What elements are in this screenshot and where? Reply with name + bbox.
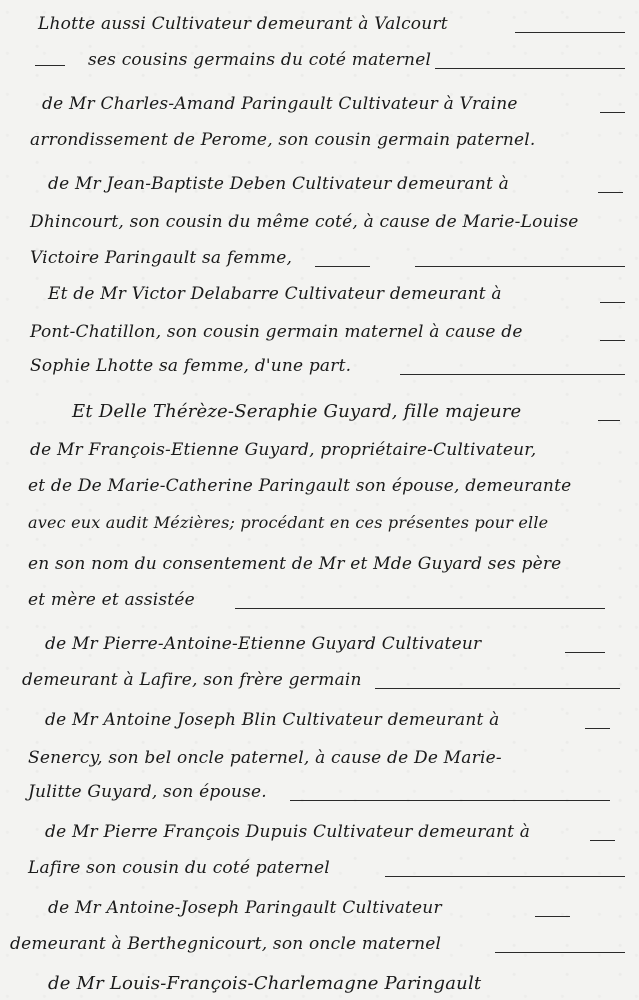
line-text: et mère et assistée: [28, 590, 195, 610]
line-text: de Mr Charles-Amand Paringault Cultivate…: [42, 94, 518, 114]
manuscript-line: de Mr Antoine Joseph Blin Cultivateur de…: [0, 698, 639, 738]
manuscript-line: Et de Mr Victor Delabarre Cultivateur de…: [0, 272, 639, 312]
manuscript-line: en son nom du consentement de Mr et Mde …: [0, 542, 639, 582]
line-text: avec eux audit Mézières; procédant en ce…: [28, 513, 548, 532]
manuscript-line: Et Delle Thérèze-Seraphie Guyard, fille …: [0, 390, 639, 430]
line-text: demeurant à Berthegnicourt, son oncle ma…: [10, 934, 441, 954]
line-text: Dhincourt, son cousin du même coté, à ca…: [30, 212, 579, 232]
filler-rule: [415, 266, 625, 267]
manuscript-line: de Mr Jean-Baptiste Deben Cultivateur de…: [0, 162, 639, 202]
line-text: Lafire son cousin du coté paternel: [28, 858, 330, 878]
filler-rule: [565, 652, 605, 653]
manuscript-line: ses cousins germains du coté maternel: [0, 38, 639, 78]
manuscript-line: Lafire son cousin du coté paternel: [0, 846, 639, 886]
filler-rule: [535, 916, 570, 917]
manuscript-page: Lhotte aussi Cultivateur demeurant à Val…: [0, 0, 639, 1000]
line-text: Pont-Chatillon, son cousin germain mater…: [30, 322, 523, 342]
filler-rule: [515, 32, 625, 33]
manuscript-line: de Mr Antoine-Joseph Paringault Cultivat…: [0, 886, 639, 926]
line-text: et de De Marie-Catherine Paringault son …: [28, 476, 571, 496]
manuscript-line: Victoire Paringault sa femme,: [0, 236, 639, 276]
filler-rule: [35, 65, 65, 66]
filler-rule: [435, 68, 625, 69]
line-text: en son nom du consentement de Mr et Mde …: [28, 554, 561, 574]
filler-rule: [600, 340, 625, 341]
manuscript-line: Lhotte aussi Cultivateur demeurant à Val…: [0, 2, 639, 42]
manuscript-line: de Mr Pierre François Dupuis Cultivateur…: [0, 810, 639, 850]
line-text: de Mr Antoine-Joseph Paringault Cultivat…: [48, 898, 442, 918]
manuscript-line: avec eux audit Mézières; procédant en ce…: [0, 500, 639, 540]
manuscript-line: Julitte Guyard, son épouse.: [0, 770, 639, 810]
manuscript-line: arrondissement de Perome, son cousin ger…: [0, 118, 639, 158]
line-text: arrondissement de Perome, son cousin ger…: [30, 130, 536, 150]
filler-rule: [385, 876, 625, 877]
manuscript-line: et de De Marie-Catherine Paringault son …: [0, 464, 639, 504]
filler-rule: [290, 800, 610, 801]
filler-rule: [598, 192, 623, 193]
line-text: demeurant à Lafire, son frère germain: [22, 670, 362, 690]
line-text: Julitte Guyard, son épouse.: [28, 782, 267, 802]
manuscript-line: demeurant à Lafire, son frère germain: [0, 658, 639, 698]
filler-rule: [400, 374, 625, 375]
filler-rule: [598, 420, 620, 421]
filler-rule: [375, 688, 620, 689]
filler-rule: [590, 840, 615, 841]
line-text: de Mr Pierre-Antoine-Etienne Guyard Cult…: [45, 634, 481, 654]
manuscript-line: Dhincourt, son cousin du même coté, à ca…: [0, 200, 639, 240]
manuscript-line: de Mr François-Etienne Guyard, propriéta…: [0, 428, 639, 468]
filler-rule: [495, 952, 625, 953]
manuscript-line: et mère et assistée: [0, 578, 639, 618]
filler-rule: [600, 302, 625, 303]
line-text: Lhotte aussi Cultivateur demeurant à Val…: [38, 14, 448, 34]
line-text: Victoire Paringault sa femme,: [30, 248, 292, 268]
manuscript-line: demeurant à Berthegnicourt, son oncle ma…: [0, 922, 639, 962]
manuscript-line: Sophie Lhotte sa femme, d'une part.: [0, 344, 639, 384]
line-text: Sophie Lhotte sa femme, d'une part.: [30, 356, 351, 376]
line-text: de Mr François-Etienne Guyard, propriéta…: [30, 440, 536, 460]
line-text: de Mr Antoine Joseph Blin Cultivateur de…: [45, 710, 499, 730]
filler-rule: [600, 112, 625, 113]
line-text: Et de Mr Victor Delabarre Cultivateur de…: [48, 284, 502, 304]
line-text: de Mr Louis-François-Charlemagne Paringa…: [48, 973, 481, 994]
line-text: Et Delle Thérèze-Seraphie Guyard, fille …: [72, 401, 521, 422]
line-text: Senercy, son bel oncle paternel, à cause…: [28, 748, 502, 768]
line-text: ses cousins germains du coté maternel: [88, 50, 431, 70]
line-text: de Mr Jean-Baptiste Deben Cultivateur de…: [48, 174, 509, 194]
filler-rule: [235, 608, 605, 609]
manuscript-line: de Mr Louis-François-Charlemagne Paringa…: [0, 962, 639, 1000]
filler-rule: [585, 728, 610, 729]
line-text: de Mr Pierre François Dupuis Cultivateur…: [45, 822, 530, 842]
manuscript-line: de Mr Charles-Amand Paringault Cultivate…: [0, 82, 639, 122]
filler-rule: [315, 266, 370, 267]
manuscript-line: de Mr Pierre-Antoine-Etienne Guyard Cult…: [0, 622, 639, 662]
